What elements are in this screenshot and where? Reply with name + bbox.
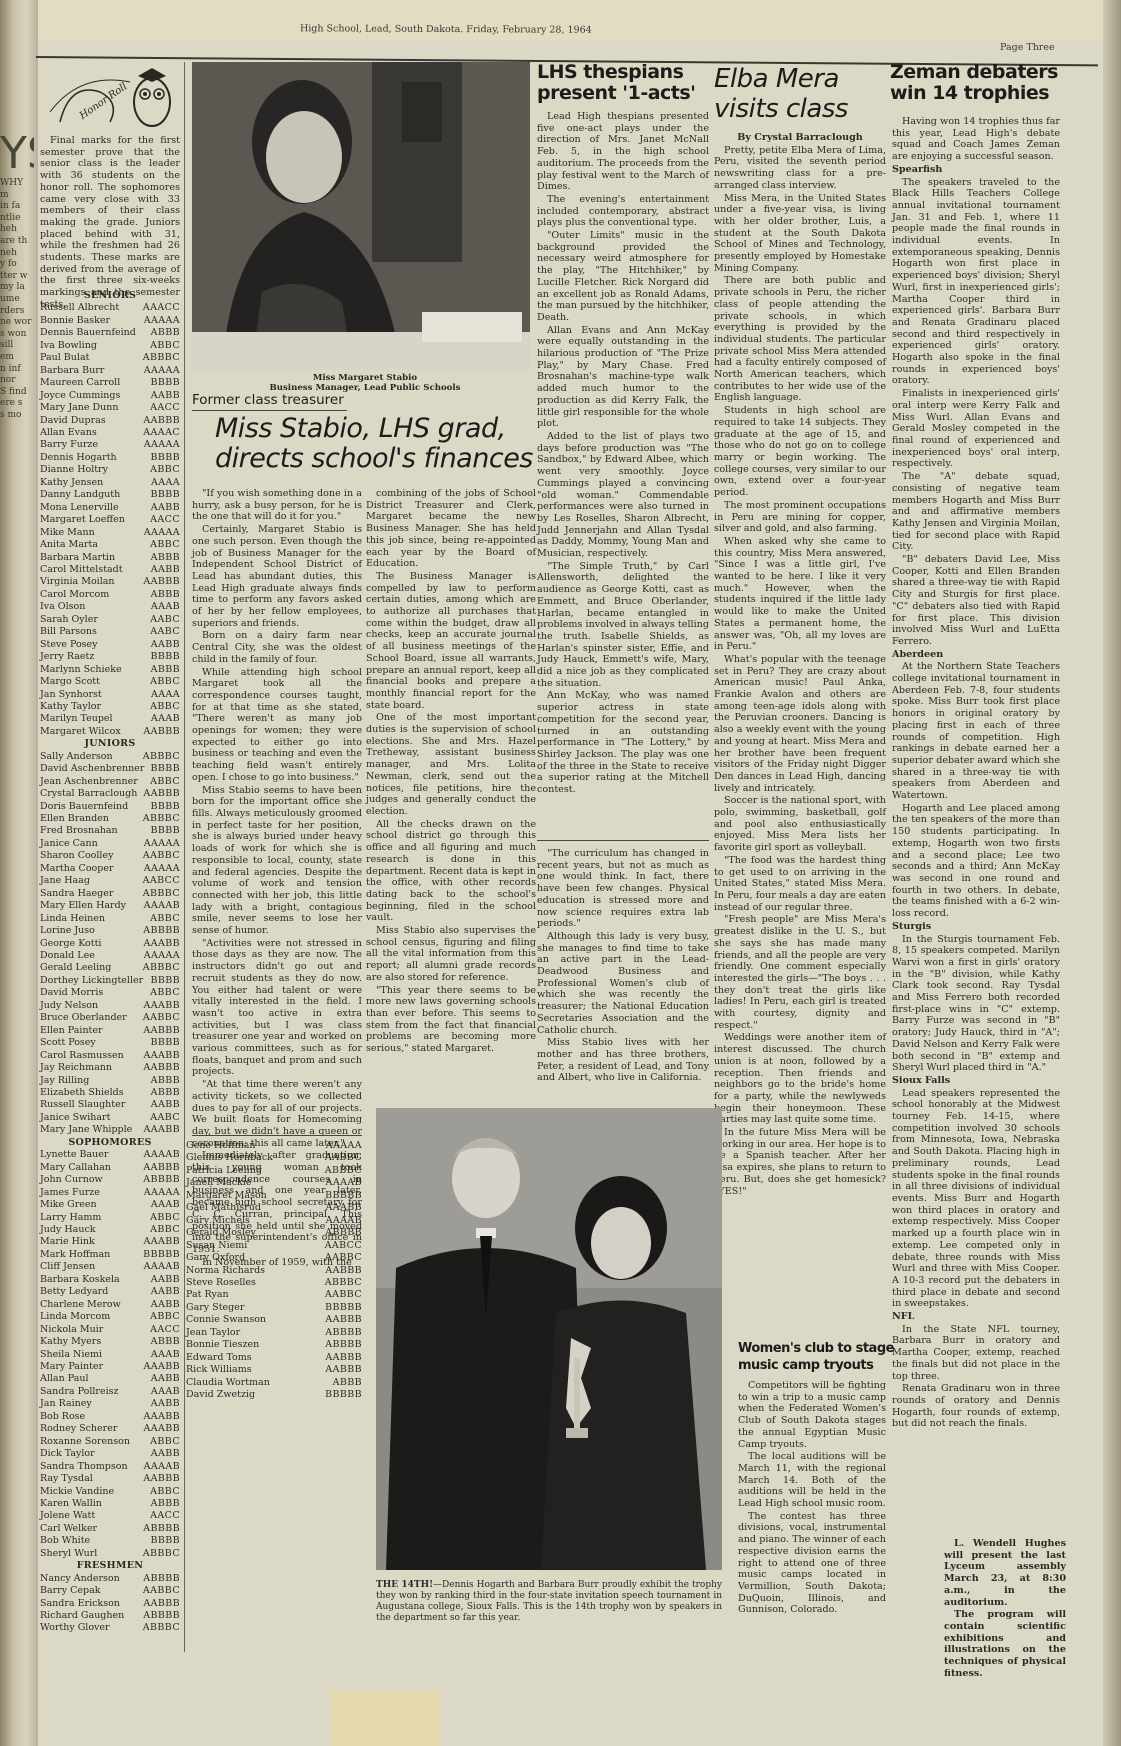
- honor-roll-row: Paul BulatABBBC: [40, 352, 180, 364]
- student-name: George Kotti: [40, 938, 101, 950]
- previous-page-line: y fo: [0, 259, 34, 271]
- honor-roll-row: Margo ScottABBC: [40, 676, 180, 688]
- student-name: Barry Furze: [40, 439, 98, 451]
- honor-roll-art: Honor Roll: [40, 62, 180, 130]
- student-grades: AABB: [151, 1286, 180, 1298]
- elba-byline: By Crystal Barraclough: [714, 132, 886, 144]
- stabio-paragraph: Although this lady is very busy, she man…: [537, 931, 709, 1036]
- honor-roll-row: Roxanne SorensonABBC: [40, 1436, 180, 1448]
- student-grades: ABBB: [151, 1336, 180, 1348]
- student-grades: ABBBC: [325, 1277, 362, 1289]
- honor-roll-row: Ellen PainterAABBB: [40, 1025, 180, 1037]
- honor-roll-row: Gene HoffmanAAAAA: [186, 1140, 362, 1152]
- list-separator: [192, 1135, 362, 1136]
- elba-paragraph: "Fresh people" are Miss Mera's greatest …: [714, 914, 886, 1031]
- previous-page-line: ne wor: [0, 317, 34, 329]
- student-grades: ABBBC: [143, 1622, 180, 1634]
- student-grades: AABBB: [143, 576, 180, 588]
- honor-roll-row: Doris BauernfeindBBBB: [40, 801, 180, 813]
- student-name: David Zwetzig: [186, 1389, 255, 1401]
- student-name: Kathy Myers: [40, 1336, 101, 1348]
- honor-roll-row: Charlene MerowAABB: [40, 1299, 180, 1311]
- student-name: Sandra Haeger: [40, 888, 113, 900]
- debaters-headline-line-1: Zeman debaters: [890, 62, 1058, 83]
- student-grades: ABBB: [151, 1498, 180, 1510]
- honor-roll-row: Joyce CummingsAABB: [40, 390, 180, 402]
- womens-club-paragraph: The local auditions will be March 11, wi…: [738, 1451, 886, 1510]
- student-name: Gene Hoffman: [186, 1140, 256, 1152]
- section-rule: [537, 840, 709, 841]
- stabio-paragraph: Born on a dairy farm near Central City, …: [192, 630, 362, 665]
- debaters-paragraph: In the Sturgis tournament Feb. 8, 15 spe…: [892, 934, 1060, 1074]
- student-name: Virginia Moilan: [40, 576, 115, 588]
- student-name: Gary Oxford: [186, 1252, 245, 1264]
- student-name: Marlynn Schieke: [40, 664, 122, 676]
- student-grades: AACC: [150, 402, 180, 414]
- honor-roll-row: Larry HammABBC: [40, 1212, 180, 1224]
- stabio-paragraph: combining of the jobs of School District…: [366, 488, 536, 570]
- student-grades: BBBB: [150, 801, 180, 813]
- student-grades: ABBB: [151, 327, 180, 339]
- honor-roll-row: Gerald LeelingABBBC: [40, 962, 180, 974]
- student-name: Anita Marta: [40, 539, 98, 551]
- student-grades: AAAAA: [144, 315, 180, 327]
- stabio-paragraph: "If you wish something done in a hurry, …: [192, 488, 362, 523]
- student-name: Worthy Glover: [40, 1622, 110, 1634]
- student-grades: AABBC: [325, 1152, 362, 1164]
- honor-roll-row: Margaret WilcoxAABBB: [40, 726, 180, 738]
- debaters-paragraph: Lead speakers represented the school hon…: [892, 1088, 1060, 1310]
- student-grades: AABBB: [143, 1062, 180, 1074]
- debaters-subhead: NFL: [892, 1311, 1060, 1323]
- student-grades: ABBBC: [143, 751, 180, 763]
- stabio-paragraph: "At that time there weren't any activity…: [192, 1079, 362, 1149]
- honor-roll-intro-text: Final marks for the first semester prove…: [40, 135, 180, 311]
- students-with-trophy-icon: [376, 1108, 722, 1570]
- student-grades: ABBBC: [143, 888, 180, 900]
- student-grades: BBBB: [150, 1037, 180, 1049]
- previous-page-line: neh: [0, 248, 34, 260]
- honor-roll-row: Russell SlaughterAABB: [40, 1099, 180, 1111]
- student-name: Sandra Erickson: [40, 1598, 120, 1610]
- student-grades: ABBC: [150, 340, 180, 352]
- student-name: Dianne Holtry: [40, 464, 108, 476]
- elba-paragraph: In the future Miss Mera will be working …: [714, 1127, 886, 1197]
- honor-roll-row: David AschenbrennerBBBB: [40, 763, 180, 775]
- honor-roll-row: Kathy MyersABBB: [40, 1336, 180, 1348]
- student-grades: AABB: [151, 639, 180, 651]
- student-name: Barbara Koskela: [40, 1274, 120, 1286]
- student-name: Linda Morcom: [40, 1311, 110, 1323]
- student-grades: AABBB: [143, 788, 180, 800]
- honor-roll-row: Danny LandguthBBBB: [40, 489, 180, 501]
- student-name: Dorthey Lickingteller: [40, 975, 143, 987]
- student-name: Paul Bulat: [40, 352, 89, 364]
- student-grades: AABBB: [143, 1162, 180, 1174]
- column-divider: [184, 62, 185, 1652]
- previous-page-line: ntlie: [0, 213, 34, 225]
- honor-roll-row: Janice CannAAAAA: [40, 838, 180, 850]
- student-grades: AAABB: [325, 1202, 362, 1214]
- debaters-headline: Zeman debaters win 14 trophies: [890, 62, 1058, 104]
- student-grades: AABBB: [325, 1364, 362, 1376]
- debaters-subhead: Sioux Falls: [892, 1075, 1060, 1087]
- student-name: Edward Toms: [186, 1352, 252, 1364]
- elba-paragraph: There are both public and private school…: [714, 275, 886, 404]
- trophy-photo-caption: THE 14TH!—Dennis Hogarth and Barbara Bur…: [376, 1580, 722, 1625]
- honor-roll-row: Norma RichardsAABBB: [186, 1265, 362, 1277]
- student-grades: AABC: [150, 626, 180, 638]
- honor-roll-row: Gael MathisrudAAABB: [186, 1202, 362, 1214]
- thespians-paragraph: Added to the list of plays two days befo…: [537, 431, 709, 560]
- debaters-headline-line-2: win 14 trophies: [890, 83, 1058, 104]
- student-grades: AAAAA: [144, 527, 180, 539]
- honor-roll-row: Steve PoseyAABB: [40, 639, 180, 651]
- student-grades: AAAAB: [326, 1215, 362, 1227]
- student-name: Nickola Muir: [40, 1324, 103, 1336]
- student-grades: AAAA: [151, 477, 180, 489]
- stabio-caption-name: Miss Margaret Stabio: [240, 373, 490, 383]
- student-grades: AABBB: [143, 726, 180, 738]
- student-name: Janice Cann: [40, 838, 98, 850]
- previous-page-text: WHY min fantliehehare thnehy fotter wmy …: [0, 178, 34, 421]
- honor-roll-row: Allan PaulAABB: [40, 1373, 180, 1385]
- student-grades: AABBC: [143, 1585, 180, 1597]
- previous-page-line: my la: [0, 282, 34, 294]
- student-grades: AAABB: [143, 1124, 180, 1136]
- student-name: Margaret Mason: [186, 1190, 267, 1202]
- honor-roll-row: Jane HaagAABCC: [40, 875, 180, 887]
- student-grades: ABBBB: [143, 1523, 180, 1535]
- student-grades: ABBBC: [143, 1548, 180, 1560]
- student-name: Bob Rose: [40, 1411, 85, 1423]
- student-grades: AAABB: [143, 1411, 180, 1423]
- student-grades: AAAB: [151, 1386, 180, 1398]
- student-grades: AACC: [150, 1324, 180, 1336]
- student-name: Dennis Bauernfeind: [40, 327, 136, 339]
- stabio-headline-line-1: Miss Stabio, LHS grad,: [215, 414, 533, 444]
- honor-roll-row: Scott PoseyBBBB: [40, 1037, 180, 1049]
- student-grades: AAAA: [151, 689, 180, 701]
- student-name: Gael Mathisrud: [186, 1202, 261, 1214]
- student-grades: BBBB: [150, 1535, 180, 1547]
- student-grades: AAAB: [151, 1349, 180, 1361]
- honor-roll-row: Sheila NiemiAAAB: [40, 1349, 180, 1361]
- student-name: Mike Green: [40, 1199, 97, 1211]
- thespians-headline-line-2: present '1-acts': [537, 83, 696, 104]
- student-name: Gerald Mosley: [186, 1227, 256, 1239]
- stabio-paragraph: Certainly, Margaret Stabio is one such p…: [192, 524, 362, 629]
- student-name: Margaret Loeffen: [40, 514, 125, 526]
- student-name: Carol Morcom: [40, 589, 109, 601]
- stabio-article-column-2: combining of the jobs of School District…: [366, 488, 536, 1056]
- student-grades: AAAAC: [143, 427, 180, 439]
- student-grades: ABBBB: [143, 925, 180, 937]
- womens-club-headline-line-2: music camp tryouts: [738, 1357, 894, 1374]
- student-name: Patricia Leeling: [186, 1165, 262, 1177]
- elba-paragraph: Soccer is the national sport, with polo,…: [714, 795, 886, 854]
- student-name: Betty Ledyard: [40, 1286, 108, 1298]
- student-name: Jan Synhorst: [40, 689, 102, 701]
- debaters-paragraph: The speakers traveled to the Black Hills…: [892, 177, 1060, 388]
- student-name: Margaret Wilcox: [40, 726, 121, 738]
- lyceum-notice: L. Wendell Hughes will present the last …: [944, 1538, 1066, 1680]
- honor-roll-row: Jan RaineyAABB: [40, 1398, 180, 1410]
- honor-roll-row: Fred BrosnahanBBBB: [40, 825, 180, 837]
- thespians-article: Lead High thespians presented five one-a…: [537, 111, 709, 797]
- student-grades: AAACC: [143, 302, 180, 314]
- honor-roll-row: Worthy GloverABBBC: [40, 1622, 180, 1634]
- student-name: Mary Painter: [40, 1361, 103, 1373]
- student-grades: AAAB: [151, 713, 180, 725]
- honor-roll-row: Edward TomsAABBB: [186, 1352, 362, 1364]
- student-name: Ray Tysdal: [40, 1473, 93, 1485]
- stabio-paragraph: Miss Stabio also supervises the school c…: [366, 925, 536, 984]
- student-grades: ABBBB: [325, 1227, 362, 1239]
- student-grades: ABBBB: [143, 1573, 180, 1585]
- student-grades: AABBB: [143, 1025, 180, 1037]
- student-name: Jay Reichmann: [40, 1062, 112, 1074]
- student-name: Charlene Merow: [40, 1299, 121, 1311]
- student-grades: ABBC: [150, 913, 180, 925]
- honor-roll-row: Linda MorcomABBC: [40, 1311, 180, 1323]
- student-grades: ABBBB: [325, 1339, 362, 1351]
- honor-roll-row: Janell MackieAAAAB: [186, 1177, 362, 1189]
- student-grades: ABBBC: [325, 1165, 362, 1177]
- honor-roll-row: Barbara MartinABBB: [40, 552, 180, 564]
- page-number: Page Three: [1000, 42, 1055, 53]
- stabio-headline: Miss Stabio, LHS grad, directs school's …: [215, 414, 533, 474]
- honor-roll-row: Ray TysdalAABBB: [40, 1473, 180, 1485]
- thespians-paragraph: "The Simple Truth," by Carl Allensworth,…: [537, 561, 709, 690]
- previous-page-line: S find: [0, 387, 34, 399]
- kicker-underline: [192, 410, 347, 411]
- student-grades: AABB: [151, 1099, 180, 1111]
- elba-paragraph: Weddings were another item of interest d…: [714, 1032, 886, 1126]
- student-name: Mickie Vandine: [40, 1486, 114, 1498]
- previous-page-large-letter: YS: [0, 130, 34, 178]
- student-name: James Furze: [40, 1187, 100, 1199]
- student-name: Lorine Juso: [40, 925, 95, 937]
- student-grades: AAABB: [143, 1423, 180, 1435]
- student-grades: ABBC: [150, 539, 180, 551]
- trophy-photo: [376, 1108, 722, 1570]
- honor-roll-row: Marie HinkAAABB: [40, 1236, 180, 1248]
- honor-roll-row: Lynette BauerAAAAB: [40, 1149, 180, 1161]
- honor-roll-row: Sally AndersonABBBC: [40, 751, 180, 763]
- honor-roll-row: Barry CepakAABBC: [40, 1585, 180, 1597]
- student-name: Dick Taylor: [40, 1448, 95, 1460]
- student-grades: ABBB: [333, 1377, 362, 1389]
- honor-roll-row: Jerry RaetzBBBB: [40, 651, 180, 663]
- student-name: Jay Rilling: [40, 1075, 89, 1087]
- student-name: Cliff Jensen: [40, 1261, 95, 1273]
- honor-roll-row: Susan NiemiAABCC: [186, 1240, 362, 1252]
- student-grades: AABBB: [143, 415, 180, 427]
- honor-roll-row: Dennis BauernfeindABBB: [40, 327, 180, 339]
- student-grades: ABBB: [151, 1087, 180, 1099]
- stabio-paragraph: Miss Stabio seems to have been born for …: [192, 785, 362, 937]
- honor-roll-row: Claudia WortmanABBB: [186, 1377, 362, 1389]
- student-name: Russell Albrecht: [40, 302, 119, 314]
- honor-roll-row: Mike MannAAAAA: [40, 527, 180, 539]
- student-grades: BBBB: [150, 452, 180, 464]
- honor-roll-row: Sheryl WurlABBBC: [40, 1548, 180, 1560]
- page-edge: [1103, 0, 1121, 1746]
- honor-roll-row: Pat RyanAABBC: [186, 1289, 362, 1301]
- student-name: Gary Michels: [186, 1215, 250, 1227]
- debaters-subhead: Aberdeen: [892, 649, 1060, 661]
- honor-roll-row: Bruce OberlanderAABBC: [40, 1012, 180, 1024]
- stabio-paragraph: The Business Manager is compelled by law…: [366, 571, 536, 711]
- honor-roll-list: SENIORSRussell AlbrechtAAACCBonnie Baske…: [40, 290, 180, 1635]
- student-name: Mary Jane Dunn: [40, 402, 119, 414]
- student-grades: AAABB: [143, 1000, 180, 1012]
- honor-roll-row: Barbara KoskelaAABB: [40, 1274, 180, 1286]
- student-grades: AAAB: [151, 601, 180, 613]
- honor-roll-row: Gerald MosleyABBBB: [186, 1227, 362, 1239]
- student-name: Mary Callahan: [40, 1162, 111, 1174]
- elba-paragraph: "The food was the hardest thing to get u…: [714, 855, 886, 914]
- honor-roll-row: Margaret LoeffenAACC: [40, 514, 180, 526]
- honor-roll-row: Janice SwihartAABC: [40, 1112, 180, 1124]
- honor-roll-row: George KottiAAABB: [40, 938, 180, 950]
- student-name: Mary Ellen Hardy: [40, 900, 126, 912]
- student-name: Nancy Anderson: [40, 1573, 120, 1585]
- student-name: Rick Williams: [186, 1364, 252, 1376]
- honor-roll-row: James FurzeAAAAA: [40, 1187, 180, 1199]
- student-grades: AAAAA: [144, 1187, 180, 1199]
- student-name: Iva Bowling: [40, 340, 97, 352]
- honor-roll-row: Kathy JensenAAAA: [40, 477, 180, 489]
- honor-roll-row: Elizabeth ShieldsABBB: [40, 1087, 180, 1099]
- honor-roll-row: David DuprasAABBB: [40, 415, 180, 427]
- womens-club-paragraph: Competitors will be fighting to win a tr…: [738, 1380, 886, 1450]
- honor-roll-row: Karen WallinABBB: [40, 1498, 180, 1510]
- honor-roll-row: Dick TaylorAABB: [40, 1448, 180, 1460]
- student-grades: AABBB: [325, 1314, 362, 1326]
- honor-roll-row: Sandra HaegerABBBC: [40, 888, 180, 900]
- honor-roll-row: Bill ParsonsAABC: [40, 626, 180, 638]
- student-name: Sandra Pollreisz: [40, 1386, 118, 1398]
- honor-roll-row: Barbara BurrAAAAA: [40, 365, 180, 377]
- student-name: Bill Parsons: [40, 626, 97, 638]
- student-name: Ellen Painter: [40, 1025, 103, 1037]
- student-grades: BBBB: [150, 377, 180, 389]
- thespians-paragraph: Ann McKay, who was named superior actres…: [537, 690, 709, 795]
- previous-page-line: nor: [0, 375, 34, 387]
- honor-roll-row: Mark HoffmanBBBBB: [40, 1249, 180, 1261]
- student-grades: AAAAB: [144, 1261, 180, 1273]
- honor-roll-row: Jean AschenbrennerABBC: [40, 776, 180, 788]
- student-grades: ABBB: [151, 664, 180, 676]
- newspaper-page: YS WHY min fantliehehare thnehy fotter w…: [0, 0, 1121, 1746]
- student-name: Jane Haag: [40, 875, 90, 887]
- stabio-photo-caption: Miss Margaret Stabio Business Manager, L…: [240, 373, 490, 393]
- honor-roll-row: Carol MittelstadtAABB: [40, 564, 180, 576]
- student-grades: AAABB: [143, 1236, 180, 1248]
- honor-roll-row: Judy NelsonAAABB: [40, 1000, 180, 1012]
- student-grades: AABBB: [143, 1473, 180, 1485]
- student-name: Scott Posey: [40, 1037, 96, 1049]
- honor-roll-row: Russell AlbrechtAAACC: [40, 302, 180, 314]
- honor-roll-row: Glennis HornbackAABBC: [186, 1152, 362, 1164]
- debaters-paragraph: "B" debaters David Lee, Miss Cooper, Kot…: [892, 554, 1060, 648]
- debaters-subhead: Sturgis: [892, 921, 1060, 933]
- student-grades: AAABB: [143, 1050, 180, 1062]
- thespians-paragraph: Allan Evans and Ann McKay were equally o…: [537, 325, 709, 430]
- previous-page-line: em: [0, 352, 34, 364]
- student-name: Bonnie Tieszen: [186, 1339, 259, 1351]
- student-name: Sandra Thompson: [40, 1461, 128, 1473]
- debaters-paragraph: Hogarth and Lee placed among the ten spe…: [892, 803, 1060, 920]
- student-name: Jerry Raetz: [40, 651, 94, 663]
- honor-roll-row: David MorrisABBC: [40, 987, 180, 999]
- debaters-paragraph: Renata Gradinaru won in three rounds of …: [892, 1383, 1060, 1430]
- honor-roll-intro: Final marks for the first semester prove…: [40, 135, 180, 312]
- student-name: Janice Swihart: [40, 1112, 110, 1124]
- student-name: Judy Hauck: [40, 1224, 96, 1236]
- debaters-paragraph: Finalists in inexperienced girls' oral i…: [892, 388, 1060, 470]
- honor-roll-row: Gary StegerBBBBB: [186, 1302, 362, 1314]
- student-grades: BBBB: [150, 975, 180, 987]
- student-grades: ABBC: [150, 987, 180, 999]
- honor-roll-row: John CurnowABBBB: [40, 1174, 180, 1186]
- honor-roll-row: Mary Ellen HardyAAAAB: [40, 900, 180, 912]
- honor-roll-row: Sharon CoolleyAABBC: [40, 850, 180, 862]
- honor-roll-row: Carl WelkerABBBB: [40, 1523, 180, 1535]
- honor-roll-section-freshmen: FRESHMEN: [40, 1560, 180, 1572]
- elba-paragraph: When asked why she came to this country,…: [714, 536, 886, 653]
- womens-club-article: Competitors will be fighting to win a tr…: [738, 1380, 886, 1617]
- honor-roll-row: Jay ReichmannAABBB: [40, 1062, 180, 1074]
- honor-roll-section-juniors: JUNIORS: [40, 738, 180, 750]
- honor-roll-row: Carol MorcomABBB: [40, 589, 180, 601]
- honor-roll-row: Dennis HogarthBBBB: [40, 452, 180, 464]
- student-name: Pat Ryan: [186, 1289, 229, 1301]
- student-name: Margo Scott: [40, 676, 100, 688]
- previous-page-fragment: YS WHY min fantliehehare thnehy fotter w…: [0, 60, 34, 1740]
- student-grades: AABB: [151, 564, 180, 576]
- honor-roll-row: Nickola MuirAACC: [40, 1324, 180, 1336]
- student-name: Glennis Hornback: [186, 1152, 273, 1164]
- student-grades: ABBC: [150, 1311, 180, 1323]
- honor-roll-row: Barry FurzeAAAAA: [40, 439, 180, 451]
- honor-roll-row: Richard GaughenABBBB: [40, 1610, 180, 1622]
- debaters-article: Having won 14 trophies thus far this yea…: [892, 116, 1060, 1431]
- student-name: Bruce Oberlander: [40, 1012, 127, 1024]
- previous-page-line: s won: [0, 329, 34, 341]
- student-grades: AABB: [151, 1448, 180, 1460]
- student-name: Jolene Watt: [40, 1510, 95, 1522]
- lyceum-paragraph: The program will contain scientific exhi…: [944, 1609, 1066, 1679]
- student-grades: AAABB: [143, 1361, 180, 1373]
- student-grades: BBBBB: [325, 1302, 362, 1314]
- student-grades: AABB: [151, 1299, 180, 1311]
- stabio-paragraph: Miss Stabio lives with her mother and ha…: [537, 1037, 709, 1084]
- student-name: Russell Slaughter: [40, 1099, 125, 1111]
- honor-roll-row: Mary CallahanAABBB: [40, 1162, 180, 1174]
- student-grades: AABBC: [143, 1012, 180, 1024]
- honor-roll-row: Mickie VandineABBC: [40, 1486, 180, 1498]
- honor-roll-row: Rick WilliamsAABBB: [186, 1364, 362, 1376]
- honor-roll-row: Sandra EricksonAABBB: [40, 1598, 180, 1610]
- student-name: Mark Hoffman: [40, 1249, 110, 1261]
- womens-club-headline-line-1: Women's club to stage: [738, 1340, 894, 1357]
- student-grades: AABB: [151, 502, 180, 514]
- student-grades: ABBC: [150, 1224, 180, 1236]
- student-name: Carl Welker: [40, 1523, 97, 1535]
